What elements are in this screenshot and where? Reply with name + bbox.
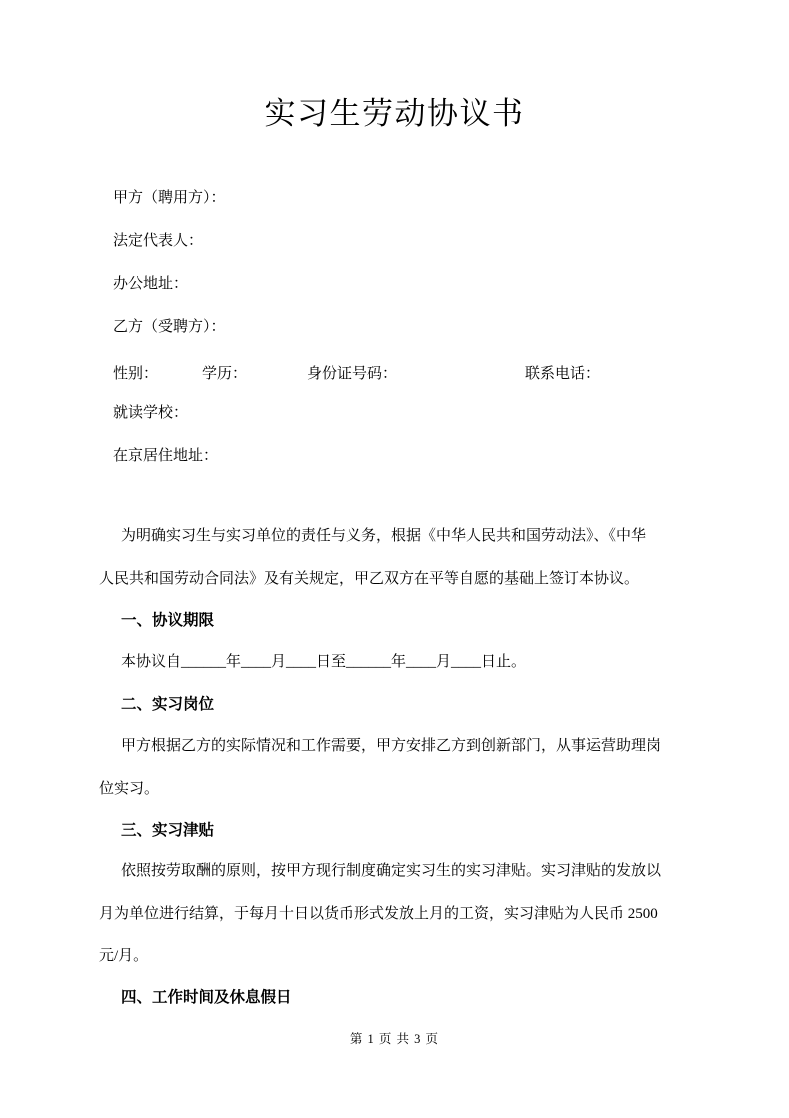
beijing-address-label: 在京居住地址： [113, 448, 218, 465]
school-label: 就读学校： [113, 405, 188, 422]
id-number-label: 身份证号码： [307, 362, 397, 383]
gender-label: 性别： [113, 362, 158, 383]
personal-info-row: 性别： 学历： 身份证号码： 联系电话： [113, 362, 693, 382]
party-a-label: 甲方（聘用方）： [113, 190, 226, 207]
allowance-paragraph: 依照按劳取酬的原则，按甲方现行制度确定实习生的实习津贴。实习津贴的发放以 月为单… [99, 850, 693, 978]
section-heading-working-hours: 四、工作时间及休息假日 [99, 989, 292, 1006]
education-label: 学历： [202, 362, 247, 383]
section-heading-allowance: 三、实习津贴 [99, 822, 214, 839]
position-paragraph: 甲方根据乙方的实际情况和工作需要，甲方安排乙方到创新部门，从事运营助理岗 位实习… [99, 725, 693, 810]
document-page: 实习生劳动协议书 甲方（聘用方）： 法定代表人： 办公地址： 乙方（受聘方）： … [0, 0, 789, 1118]
page-number: 第 1 页 共 3 页 [0, 1033, 789, 1047]
term-paragraph: 本协议自______年____月____日至______年____月____日止… [99, 641, 693, 684]
party-b-label: 乙方（受聘方）： [113, 319, 226, 336]
phone-label: 联系电话： [525, 362, 600, 383]
document-title: 实习生劳动协议书 [0, 96, 789, 132]
section-heading-term: 一、协议期限 [99, 612, 214, 629]
section-heading-position: 二、实习岗位 [99, 696, 214, 713]
intro-paragraph: 为明确实习生与实习单位的责任与义务，根据《中华人民共和国劳动法》、《中华 人民共… [99, 515, 693, 600]
office-address-label: 办公地址： [113, 276, 188, 293]
legal-representative-label: 法定代表人： [113, 233, 203, 250]
